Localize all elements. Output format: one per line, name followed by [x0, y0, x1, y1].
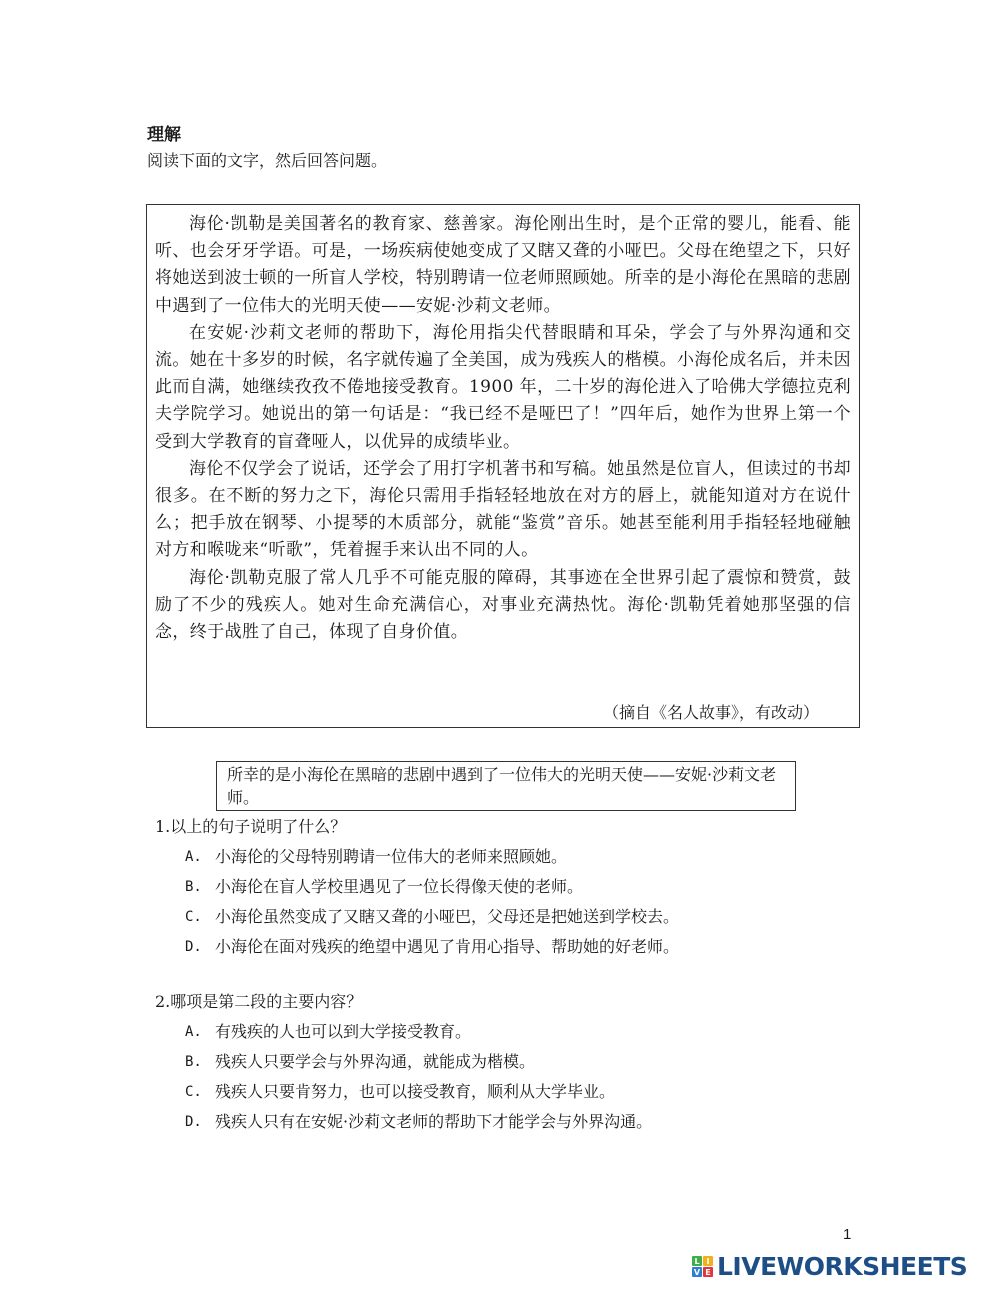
instruction-text: 阅读下面的文字，然后回答问题。 — [147, 148, 387, 171]
option-letter: B. — [185, 875, 215, 899]
logo-text: LIVEWORKSHEETS — [717, 1252, 967, 1281]
liveworksheets-logo: L I V E LIVEWORKSHEETS — [692, 1252, 967, 1281]
passage-paragraph-2: 在安妮·沙莉文老师的帮助下，海伦用指尖代替眼睛和耳朵，学会了与外界沟通和交流。她… — [155, 320, 851, 456]
option-letter: D. — [185, 935, 215, 959]
section-heading: 理解 — [147, 120, 181, 145]
option-text: 残疾人只有在安妮·沙莉文老师的帮助下才能学会与外界沟通。 — [215, 1110, 652, 1134]
question-1: 1.以上的句子说明了什么？ A. 小海伦的父母特别聘请一位伟大的老师来照顾她。 … — [155, 815, 679, 959]
logo-tile-l: L — [692, 1256, 702, 1266]
passage-paragraph-3: 海伦不仅学会了说话，还学会了用打字机著书和写稿。她虽然是位盲人，但读过的书却很多… — [155, 456, 851, 565]
question-2-title: 2.哪项是第二段的主要内容？ — [155, 990, 652, 1014]
logo-tiles-icon: L I V E — [692, 1256, 713, 1277]
question-2-option-c[interactable]: C. 残疾人只要肯努力，也可以接受教育，顺利从大学毕业。 — [185, 1080, 652, 1104]
option-text: 残疾人只要肯努力，也可以接受教育，顺利从大学毕业。 — [215, 1080, 615, 1104]
page-number: 1 — [843, 1226, 851, 1243]
logo-tile-e: E — [703, 1267, 713, 1277]
question-1-title: 1.以上的句子说明了什么？ — [155, 815, 679, 839]
option-text: 有残疾的人也可以到大学接受教育。 — [215, 1020, 471, 1044]
option-letter: D. — [185, 1110, 215, 1134]
option-text: 小海伦在盲人学校里遇见了一位长得像天使的老师。 — [215, 875, 583, 899]
question-1-option-c[interactable]: C. 小海伦虽然变成了又瞎又聋的小哑巴，父母还是把她送到学校去。 — [185, 905, 679, 929]
option-text: 小海伦在面对残疾的绝望中遇见了肯用心指导、帮助她的好老师。 — [215, 935, 679, 959]
option-letter: C. — [185, 905, 215, 929]
logo-tile-i: I — [703, 1256, 713, 1266]
option-letter: C. — [185, 1080, 215, 1104]
question-1-option-b[interactable]: B. 小海伦在盲人学校里遇见了一位长得像天使的老师。 — [185, 875, 679, 899]
reading-passage: 海伦·凯勒是美国著名的教育家、慈善家。海伦刚出生时，是个正常的婴儿，能看、能听、… — [146, 204, 860, 728]
option-letter: A. — [185, 845, 215, 869]
option-text: 小海伦的父母特别聘请一位伟大的老师来照顾她。 — [215, 845, 567, 869]
option-text: 残疾人只要学会与外界沟通，就能成为楷模。 — [215, 1050, 535, 1074]
passage-paragraph-4: 海伦·凯勒克服了常人几乎不可能克服的障碍，其事迹在全世界引起了震惊和赞赏，鼓励了… — [155, 565, 851, 647]
question-2: 2.哪项是第二段的主要内容？ A. 有残疾的人也可以到大学接受教育。 B. 残疾… — [155, 990, 652, 1134]
passage-paragraph-1: 海伦·凯勒是美国著名的教育家、慈善家。海伦刚出生时，是个正常的婴儿，能看、能听、… — [155, 211, 851, 320]
option-text: 小海伦虽然变成了又瞎又聋的小哑巴，父母还是把她送到学校去。 — [215, 905, 679, 929]
question-2-option-b[interactable]: B. 残疾人只要学会与外界沟通，就能成为楷模。 — [185, 1050, 652, 1074]
passage-source: （摘自《名人故事》，有改动） — [603, 701, 819, 725]
quoted-sentence-box: 所幸的是小海伦在黑暗的悲剧中遇到了一位伟大的光明天使——安妮·沙莉文老师。 — [216, 761, 796, 811]
question-2-option-a[interactable]: A. 有残疾的人也可以到大学接受教育。 — [185, 1020, 652, 1044]
logo-tile-v: V — [692, 1267, 702, 1277]
question-2-option-d[interactable]: D. 残疾人只有在安妮·沙莉文老师的帮助下才能学会与外界沟通。 — [185, 1110, 652, 1134]
question-1-option-a[interactable]: A. 小海伦的父母特别聘请一位伟大的老师来照顾她。 — [185, 845, 679, 869]
option-letter: B. — [185, 1050, 215, 1074]
option-letter: A. — [185, 1020, 215, 1044]
question-1-option-d[interactable]: D. 小海伦在面对残疾的绝望中遇见了肯用心指导、帮助她的好老师。 — [185, 935, 679, 959]
